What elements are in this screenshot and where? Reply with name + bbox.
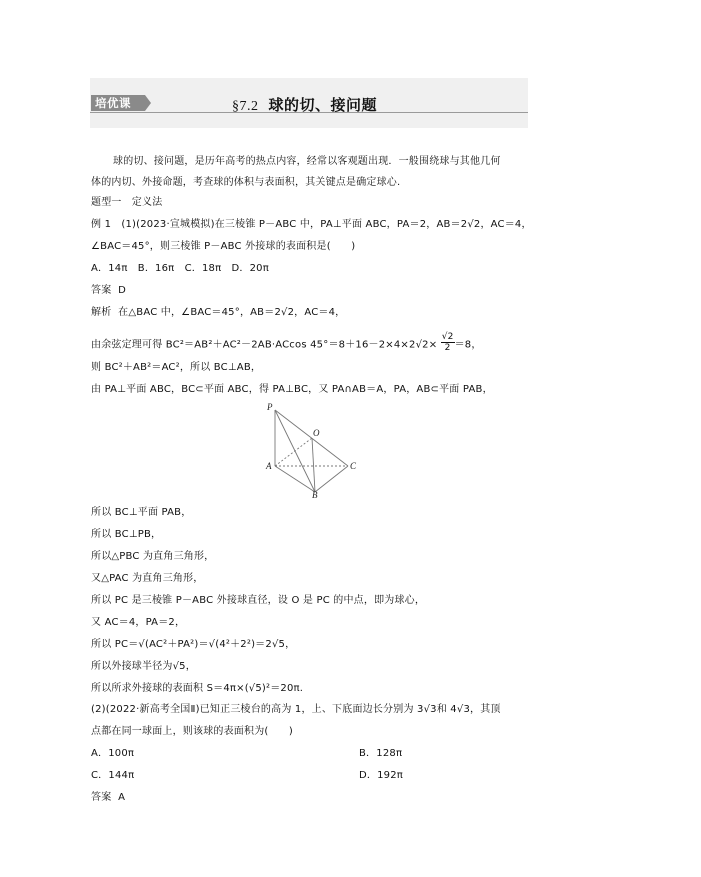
after-figure-line-6: 又 AC＝4，PA＝2， [91, 616, 185, 629]
option-a: A．100π [91, 748, 134, 759]
topic-heading: 题型一 定义法 [91, 196, 162, 209]
label-a: A [265, 461, 272, 471]
example2-question-line-1: (2)(2022·新高考全国Ⅱ)已知正三棱台的高为 1，上、下底面边长分别为 3… [91, 703, 501, 716]
section-title: 球的切、接问题 [269, 96, 378, 114]
example2-options-row-1: A．100π B．128π [91, 747, 134, 760]
example2-question-line-2: 点都在同一球面上，则该球的表面积为( ) [91, 725, 293, 738]
fraction: √2 2 [441, 332, 455, 353]
after-figure-line-7: 所以 PC＝√(AC²＋PA²)＝√(4²＋2²)＝2√5， [91, 638, 295, 651]
answer-label: 答案 [91, 285, 111, 296]
course-tag: 培优课 [91, 95, 145, 111]
analysis-text: ＝8， [455, 340, 482, 351]
analysis-text: 由余弦定理可得 BC²＝AB²＋AC²－2AB·ACcos 45°＝8＋16－2… [91, 340, 437, 351]
after-figure-line-8: 所以外接球半径为√5， [91, 660, 196, 673]
analysis-text: 在△BAC 中，∠BAC＝45°，AB＝2√2，AC＝4， [118, 307, 345, 318]
example2-options-row-2: C．144π D．192π [91, 769, 134, 782]
analysis-line-1: 解析 在△BAC 中，∠BAC＝45°，AB＝2√2，AC＝4， [91, 306, 345, 319]
option-c: C．144π [91, 770, 134, 781]
answer-value: A [118, 792, 125, 803]
label-b: B [312, 490, 318, 498]
after-figure-line-5: 所以 PC 是三棱锥 P－ABC 外接球直径，设 O 是 PC 的中点，即为球心… [91, 594, 425, 607]
analysis-line-3: 则 BC²＋AB²＝AC²，所以 BC⊥AB， [91, 361, 261, 374]
example1-question-line-1: 例 1 (1)(2023·宣城模拟)在三棱锥 P－ABC 中，PA⊥平面 ABC… [91, 218, 532, 231]
after-figure-line-1: 所以 BC⊥平面 PAB， [91, 506, 191, 519]
analysis-label: 解析 [91, 307, 111, 318]
example1-options: A．14π B．16π C．18π D．20π [91, 262, 269, 275]
label-o: O [313, 428, 320, 438]
answer-value: D [118, 285, 126, 296]
page-title: §7.2球的切、接问题 [232, 94, 377, 115]
label-p: P [266, 402, 273, 412]
fraction-denominator: 2 [441, 343, 455, 353]
after-figure-line-4: 又△PAC 为直角三角形， [91, 572, 204, 585]
after-figure-line-3: 所以△PBC 为直角三角形， [91, 550, 214, 563]
answer-label: 答案 [91, 792, 111, 803]
example1-answer: 答案 D [91, 284, 126, 297]
fraction-numerator: √2 [441, 332, 455, 343]
intro-line-1: 球的切、接问题，是历年高考的热点内容，经常以客观题出现．一般围绕球与其他几何 [113, 155, 501, 168]
section-number: §7.2 [232, 99, 259, 114]
after-figure-line-2: 所以 BC⊥PB， [91, 528, 161, 541]
analysis-line-2: 由余弦定理可得 BC²＝AB²＋AC²－2AB·ACcos 45°＝8＋16－2… [91, 334, 482, 355]
option-b: B．128π [359, 747, 402, 760]
option-d: D．192π [359, 769, 403, 782]
after-figure-line-9: 所以所求外接球的表面积 S＝4π×(√5)²＝20π. [91, 682, 303, 695]
label-c: C [350, 461, 357, 471]
pyramid-figure: P O A C B [258, 398, 368, 498]
intro-line-2: 体的内切、外接命题，考查球的体积与表面积，其关键点是确定球心. [91, 176, 400, 189]
analysis-line-4: 由 PA⊥平面 ABC，BC⊂平面 ABC，得 PA⊥BC，又 PA∩AB＝A，… [91, 383, 493, 396]
example1-question-line-2: ∠BAC＝45°，则三棱锥 P－ABC 外接球的表面积是( ) [91, 240, 355, 253]
example2-answer: 答案 A [91, 791, 125, 804]
